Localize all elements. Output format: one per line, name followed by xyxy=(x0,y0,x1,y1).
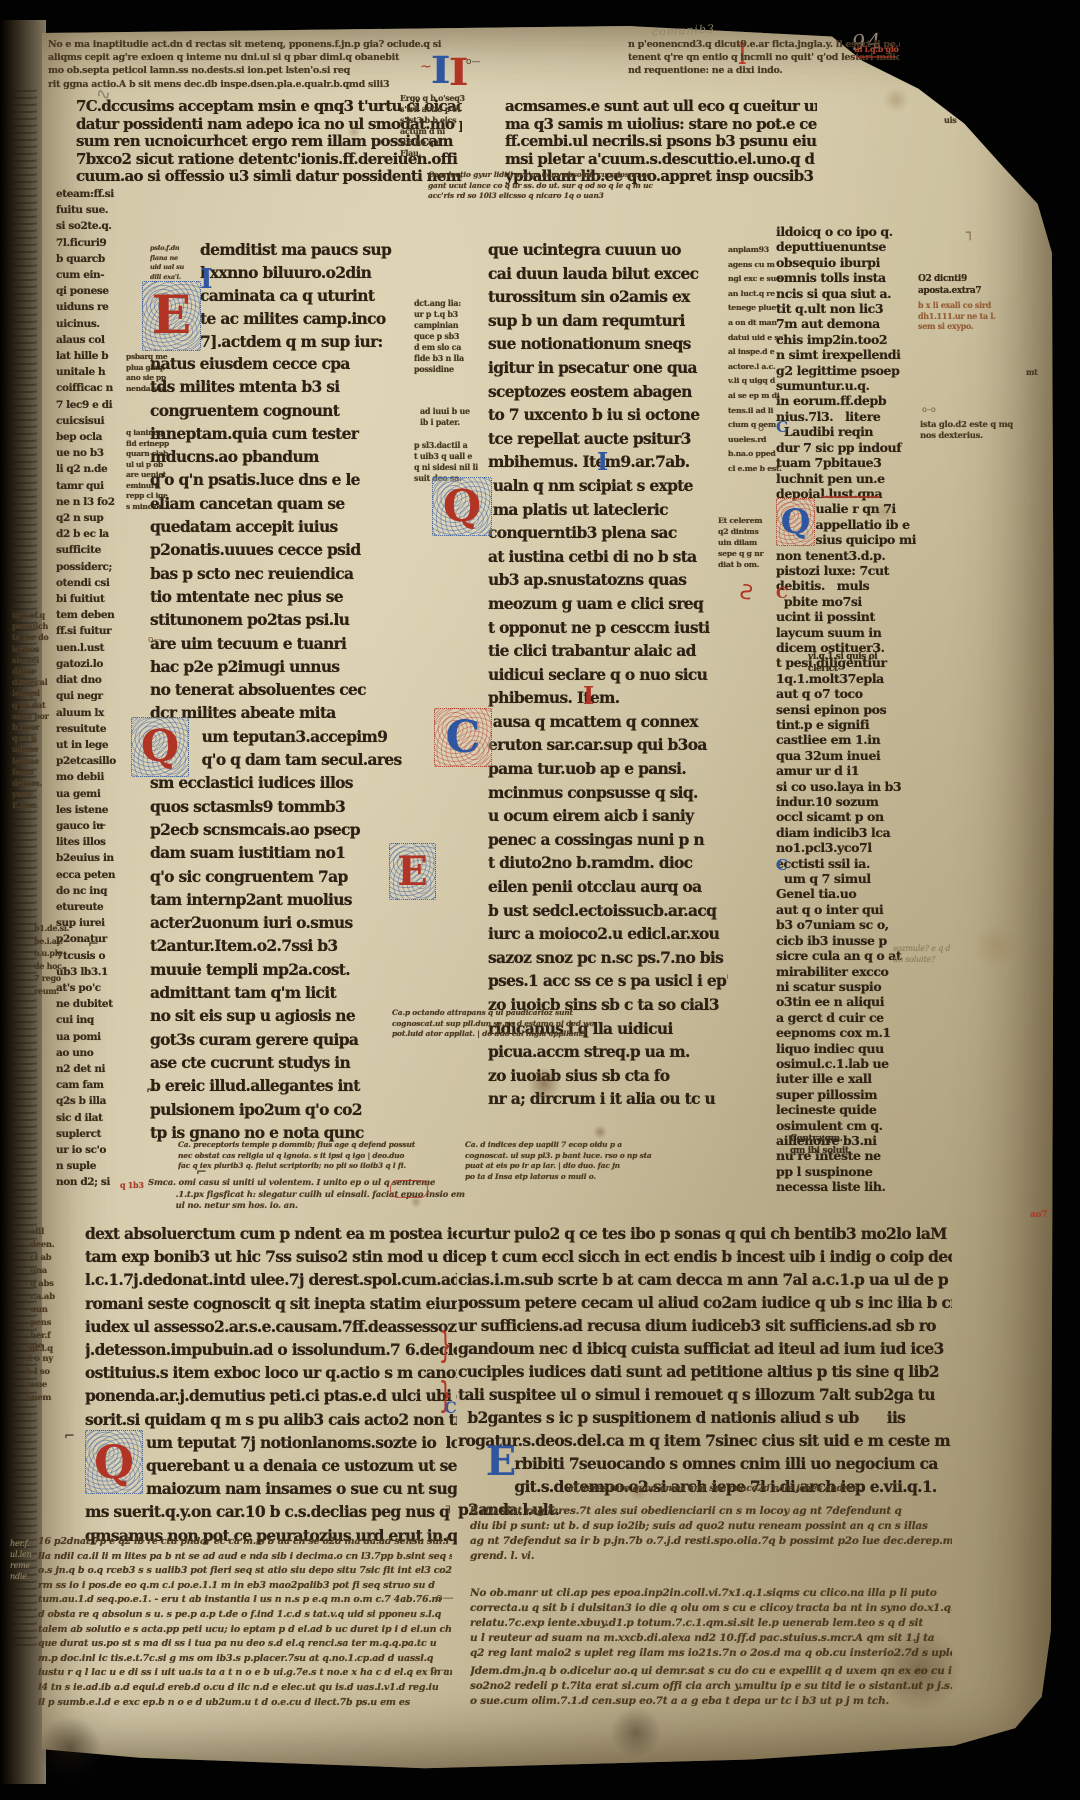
manuscript-line: uid ual su xyxy=(150,263,200,273)
manuscript-line: ndie. xyxy=(10,1571,40,1582)
column-b-foot-note: Ca. d indices dep uapili 7 ecop oidu p a… xyxy=(465,1140,789,1182)
ink-flourish-numeral: o— xyxy=(466,58,481,67)
initial-e-lower-right-letter: E xyxy=(486,1442,517,1482)
manuscript-line: uin dilam xyxy=(718,537,780,548)
manuscript-line: b1.de.si. xyxy=(34,922,82,935)
manuscript-line: pens xyxy=(30,1317,80,1330)
left-citation-stack-low2: qued o nyb l soosueonem xyxy=(26,1340,76,1405)
manuscript-line: phibemus. Item. xyxy=(488,686,728,710)
manuscript-line: debitis. muls xyxy=(776,578,916,593)
manuscript-line: q re p xyxy=(12,733,58,744)
manuscript-line: un soluite? xyxy=(893,955,977,966)
right-margin-note-1: O2 dicnti9aposta.extra7 xyxy=(918,274,1010,297)
stain xyxy=(410,1196,422,1208)
manuscript-line: dam suam iustitiam no1 xyxy=(150,841,414,864)
manuscript-line: q 1b3 xyxy=(120,1180,150,1190)
initial-e-lower-right: E xyxy=(477,1436,525,1488)
manuscript-line: natus eiusdem cecce cpa xyxy=(150,352,414,375)
manuscript-line: sozmule? e q d xyxy=(893,944,977,955)
manuscript-line: in eorum.ff.depb xyxy=(776,393,916,408)
manuscript-line: hac p2e p2imugi unnus xyxy=(150,655,414,678)
manuscript-line: si co uso.laya in b3 xyxy=(776,779,916,794)
capitulum-blue-1: C xyxy=(776,420,788,435)
manuscript-line: j.detesson.impubuin.ad o issolundum.7 6.… xyxy=(85,1338,457,1361)
manuscript-line: aut q o inter qui xyxy=(776,902,916,917)
manuscript-line: uicinus. xyxy=(56,316,142,332)
manuscript-line: Et celerem xyxy=(718,515,780,526)
manuscript-line: qua 32um inuei xyxy=(776,748,916,763)
red-underline-top xyxy=(856,56,896,58)
stain xyxy=(629,1483,647,1501)
manuscript-line: meozum g uam e clici sreq xyxy=(488,592,728,616)
manuscript-line: les istene xyxy=(56,802,142,818)
manuscript-line: curtur pulo2 q ce tes ibo p sonas q qui … xyxy=(458,1222,952,1245)
manuscript-line: tem deben xyxy=(56,607,142,623)
manuscript-line: ien qsi xyxy=(12,688,58,699)
manuscript-line: p2ecb scnsmcais.ao psecp xyxy=(150,818,414,841)
manuscript-line: dur 7 sic pp indouf xyxy=(776,440,916,455)
brown-tie-ista: o–o xyxy=(922,406,936,414)
stain xyxy=(973,923,1019,969)
manuscript-line: iustu r q l lac u e di ss i uit ua.is ta… xyxy=(38,1666,452,1681)
manuscript-line: feuio xyxy=(12,767,58,778)
right-margin-tiny-3: uis xyxy=(944,116,970,125)
manuscript-line: ua gemi xyxy=(56,786,142,802)
initial-q-column-a-letter: Q xyxy=(141,725,179,769)
manuscript-line: n2 det ni xyxy=(56,1061,142,1077)
manuscript-line: dct.ang lia: xyxy=(414,298,480,309)
manuscript-line: turossitum sin o2amis ex xyxy=(488,285,728,309)
manuscript-line: nius.7l3. litere xyxy=(776,409,916,424)
manuscript-line: d o ny xyxy=(26,1353,76,1366)
manuscript-line: Laudibi reqin xyxy=(776,424,916,439)
stain xyxy=(878,1628,962,1712)
manuscript-line: il p sumb.e.l.d e exc ep.b n o e d ub2um… xyxy=(38,1696,452,1711)
manuscript-line: ecctisti ssil ia. xyxy=(776,856,916,871)
manuscript-line: pp l suspinone xyxy=(776,1164,916,1179)
manuscript-line: uen.l.ust xyxy=(56,640,142,656)
manuscript-line: aposta.extra7 xyxy=(918,286,1010,298)
manuscript-line: suplerct xyxy=(56,1126,142,1142)
black-tie-1: ⌐ xyxy=(96,820,107,833)
manuscript-line: quedatam accepit iuius xyxy=(150,515,414,538)
manuscript-line: muuie templi mp2a.cost. xyxy=(150,958,414,981)
manuscript-line: q ni sidesi nil li xyxy=(414,462,480,473)
manuscript-line: iudex ul assesso2.ar.s.e.causam.7ff.deas… xyxy=(85,1315,457,1338)
manuscript-line: acter2uonum iuri o.smus xyxy=(150,911,414,934)
manuscript-line: are uim tecuum e tuanri xyxy=(150,632,414,655)
manuscript-line: tam exp bonib3 ut hic 7ss suiso2 stin mo… xyxy=(85,1245,457,1268)
manuscript-line: lesane xyxy=(12,756,58,767)
manuscript-line: q'o q'n psatis.luce dns e le xyxy=(150,468,414,491)
manuscript-line: ul.len xyxy=(10,1549,40,1560)
manuscript-line: diat dno xyxy=(56,672,142,688)
brown-tie-mid: o— xyxy=(148,636,163,645)
gutter-gloss-2: ad iuui b ueib i pater. xyxy=(420,406,484,428)
stain xyxy=(610,1706,662,1758)
manuscript-line: ma q3 samis m uiolius: stare no pot.e ce… xyxy=(505,116,817,134)
manuscript-line: ildoicq o co ipo q. xyxy=(776,224,916,239)
manuscript-line: b3 o7uniam sc o, xyxy=(776,917,916,932)
right-margin-note-4: sozmule? e q dun soluite? xyxy=(893,944,977,965)
black-tie-5: ⌐ xyxy=(64,1430,75,1443)
manuscript-line: datur xyxy=(12,666,58,677)
manuscript-line: laycum suum in xyxy=(776,625,916,640)
manuscript-line: udi.ne xyxy=(12,744,58,755)
manuscript-line: o.u.ple xyxy=(34,947,82,960)
right-margin-note-5: Contra.qm.qm ibi soluit xyxy=(790,1134,894,1157)
manuscript-line: tam internp2ant muolius xyxy=(150,888,414,911)
manuscript-line: eepnoms cox m.1 xyxy=(776,1025,916,1040)
manuscript-line: cep t cum eccl sicch in ect endis b ince… xyxy=(458,1245,952,1268)
initial-e-column-b: E xyxy=(389,843,436,900)
manuscript-line: deen. xyxy=(30,1239,80,1252)
stain xyxy=(883,87,909,113)
red-brace-1: } xyxy=(439,1328,453,1364)
right-margin-note-1-red: b x li exali co sirddh1.111.ur ne ta l.s… xyxy=(918,300,1014,332)
column-a: natus eiusdem cecce cpatds milites mtent… xyxy=(150,352,414,1144)
manuscript-line: acmsames.e sunt aut ull eco q cueitur ur… xyxy=(505,98,817,116)
manuscript-line: q2 n sup xyxy=(56,510,142,526)
manuscript-line: r.a.ab xyxy=(30,1291,80,1304)
manuscript-line: p2onatis.uuues cecce psid xyxy=(150,538,414,561)
foot-long-gloss-red: q 1b3 xyxy=(120,1180,150,1190)
manuscript-line: quos sctasmls9 tommb3 xyxy=(150,795,414,818)
manuscript-line: sufficite xyxy=(56,542,142,558)
manuscript-line: tali suspitee ul o simul i remouet q s i… xyxy=(458,1383,952,1406)
manuscript-line: cuicsisui xyxy=(56,413,142,429)
manuscript-line: nr a; dircrum i it alia ou tc u xyxy=(488,1087,728,1111)
manuscript-line: s'tril actio p'et xyxy=(400,104,474,115)
manuscript-line: qm ibi soluit xyxy=(790,1146,894,1158)
manuscript-line: u ocum eirem aicb i saniy xyxy=(488,804,728,828)
manuscript-line: nec obstat cas religia ul q lgnoia. s it… xyxy=(178,1151,440,1162)
manuscript-line: to 7 uxcento b iu si octone xyxy=(488,403,728,427)
manuscript-line: ur p t.q b3 xyxy=(414,309,480,320)
manuscript-line: chis imp2in.too2 xyxy=(776,332,916,347)
versal-i-red-1: I xyxy=(583,684,594,708)
manuscript-line: 7m aut demona xyxy=(776,316,916,331)
manuscript-line: qi ponese xyxy=(56,283,142,299)
manuscript-line: lecineste quide xyxy=(776,1102,916,1117)
manuscript-line: b quarcb xyxy=(56,251,142,267)
manuscript-line: ponenda.ar.j.demutius peti.ci ptas.e.d u… xyxy=(85,1384,457,1407)
manuscript-line: ista glo.d2 este q mq xyxy=(920,420,1016,431)
mid-cursive-note: Ca.p octando attrapans q ui paudicarloz … xyxy=(392,1008,664,1040)
gutter-gloss-top: Ergo q b o'seq3s'tril actio p'ets'ist3.b… xyxy=(400,93,474,159)
manuscript-line: osue xyxy=(26,1379,76,1392)
manuscript-line: Ca. d indices dep uapili 7 ecop oidu p a xyxy=(465,1140,789,1151)
left-edge-stack: her.f.ul.lenremendie. xyxy=(10,1538,40,1582)
red-flourish-numeral: ~ xyxy=(420,60,432,74)
manuscript-line: li itu sint reg lares.7t ales sui obedie… xyxy=(470,1504,952,1519)
manuscript-line: mducns.ao pbandum xyxy=(150,445,414,468)
manuscript-line: ase cte cucrunt studys in xyxy=(150,1051,414,1074)
versal-i-blue-2: I xyxy=(597,450,608,474)
manuscript-line: 7 lec9 e di xyxy=(56,397,142,413)
manuscript-line: got3s curam gerere quipa xyxy=(150,1028,414,1051)
manuscript-line: ao uno xyxy=(56,1045,142,1061)
manuscript-line: ur sufficiens.ad recusa dium iudiceb3 si… xyxy=(458,1314,952,1337)
manuscript-line: no1.pcl3.yco7l xyxy=(776,840,916,855)
initial-c-column-b: C xyxy=(434,708,492,767)
manuscript-line: et deres iure quod omes ami sue conco2d … xyxy=(568,1484,948,1495)
manuscript-line: Ergo q b o'seq3 xyxy=(400,93,474,104)
manuscript-line: acc'ris rd so 10l3 elicsso q nicaro 1q o… xyxy=(428,191,683,202)
manuscript-line: clerict xyxy=(808,664,904,676)
manuscript-line: osimulent cm q. xyxy=(776,1118,916,1133)
manuscript-photo: comunib3 1 94 I I No e ma inaptitudie ac… xyxy=(0,0,1080,1800)
manuscript-line: l xxnno biluuro.o2din xyxy=(200,261,412,284)
initial-e-column-a: E xyxy=(142,281,201,351)
manuscript-line: eruton sar.car.sup qui b3oa xyxy=(488,733,728,757)
manuscript-line: ni scatur suspio xyxy=(776,979,916,994)
manuscript-line: dext absoluerctum cum p ndent ea m poste… xyxy=(85,1222,457,1245)
manuscript-line: Ca.q lactio gyur lidtil acc'or ucny abso… xyxy=(428,170,683,181)
manuscript-line: sepe q g nr xyxy=(718,548,780,559)
manuscript-line: sensi epinon pos xyxy=(776,702,916,717)
manuscript-line: sm ecclastici iudices illos xyxy=(150,771,414,794)
column-a-head: demditist ma paucs supl xxnno biluuro.o2… xyxy=(200,238,412,353)
manuscript-line: una xyxy=(30,1265,80,1278)
manuscript-line: d2 pecal xyxy=(12,677,58,688)
capitulum-blue-2: C xyxy=(776,858,788,873)
brown-tie-bottom-2: o— xyxy=(430,1664,448,1675)
foot-long-gloss: Smca. omi casu si uniti ul volentem. I u… xyxy=(148,1178,872,1213)
manuscript-line: q2 dinims xyxy=(718,526,780,537)
initial-q-lower-left: Q xyxy=(85,1430,143,1494)
manuscript-line: correcta.u q sit b i dulsitan3 io die q … xyxy=(470,1601,952,1616)
manuscript-line: otendi csi xyxy=(56,575,142,591)
manuscript-line: 7l.ficuri9 xyxy=(56,235,142,251)
manuscript-line: te me do xyxy=(12,632,58,643)
manuscript-line: cui inq xyxy=(56,1012,142,1028)
manuscript-line: gant ucut lance co q ur ss. do ut. sur q… xyxy=(428,181,683,192)
manuscript-line: aluum lx xyxy=(56,705,142,721)
manuscript-line: vi.q.1.si quis oi xyxy=(808,652,904,664)
manuscript-line: ag nt 7defendut sa ir b p.jn.7b o.7.j.d … xyxy=(470,1534,952,1549)
manuscript-line: de hoc. xyxy=(34,960,82,973)
manuscript-line: rbibiti 7seuocando s omnes cnim illi uo … xyxy=(458,1452,952,1475)
manuscript-line: cognoscat. ul sup pl3. p bant luce. rso … xyxy=(465,1151,789,1162)
initial-q-column-c: Q xyxy=(776,498,815,546)
manuscript-line: Contra.qm. xyxy=(790,1134,894,1146)
manuscript-line: b ereic illud.allegantes int xyxy=(150,1074,414,1097)
manuscript-line: occl sicamt p on xyxy=(776,809,916,824)
manuscript-line: p2etcasillo xyxy=(56,753,142,769)
manuscript-line: msi pletar a'cuum.s.descuttio.el.uno.q d… xyxy=(505,151,817,169)
manuscript-line: o sue.cum olim.7.1.d cen.sup eo.7t a a g… xyxy=(470,1694,952,1709)
manuscript-line: eliam cancetan quam se xyxy=(150,492,414,515)
gutter-gloss-1: dct.ang lia:ur p t.q b3campinianquce p s… xyxy=(414,298,480,375)
manuscript-line: o3tin ee n aliqui xyxy=(776,994,916,1009)
manuscript-line: pbite mo7si xyxy=(776,594,916,609)
manuscript-line: nd requentione: ne a dixi indo. xyxy=(628,64,900,77)
column-a-note: pslo.f.dnfiana neuid ual sudili exa'i. xyxy=(150,244,200,282)
manuscript-line: m.p doc.inl ic tis.e.t.7c.si g ms om ib3… xyxy=(38,1652,452,1667)
right-margin-note-2: ista glo.d2 este q mqnos dexterius. xyxy=(920,420,1016,442)
manuscript-line: deosm. xyxy=(12,778,58,789)
manuscript-line: b2gantes s ic p suspitionem d nationis a… xyxy=(458,1406,952,1429)
manuscript-line: t2antur.Item.o2.7ssi b3 xyxy=(150,934,414,957)
manuscript-line: te ac milites camp.inco xyxy=(200,307,412,330)
manuscript-line: iuter ille e xall xyxy=(776,1071,916,1086)
manuscript-line: Ca. preceptoris temple p dommib; fius ag… xyxy=(178,1140,440,1151)
manuscript-line: No ob.manr ut cli.ap pes epoa.inp2in.col… xyxy=(470,1586,952,1601)
manuscript-line: ul no. netur sm hos. io. an. xyxy=(148,1201,872,1213)
stain xyxy=(527,1067,561,1101)
brown-tie-bottom-3: ┐ xyxy=(446,1500,453,1512)
stain xyxy=(38,1716,102,1780)
manuscript-line: super pillossim xyxy=(776,1087,916,1102)
manuscript-line: d2 b ec la xyxy=(56,526,142,542)
red-brace-2: } xyxy=(439,1378,453,1414)
gutter-o-mark: o xyxy=(758,424,764,434)
manuscript-line: igitur in psecatur one qua xyxy=(488,356,728,380)
manuscript-line: tit q.ult non lic3 xyxy=(776,301,916,316)
initial-q-lower-left-letter: Q xyxy=(94,1439,134,1485)
manuscript-line: dh1.111.ur ne ta l. xyxy=(918,311,1014,322)
manuscript-line: onem xyxy=(26,1392,76,1405)
manuscript-line: bi fuitiut xyxy=(56,591,142,607)
manuscript-line: ualn q nm scipiat s expte xyxy=(488,474,728,498)
manuscript-line: pistozi luxe: 7cut xyxy=(776,563,916,578)
manuscript-line: diam indicib3 lca xyxy=(776,825,916,840)
manuscript-line: uun xyxy=(30,1304,80,1317)
manuscript-line: 7 rego xyxy=(34,972,82,985)
manuscript-line: l4 tn s ie.ad.ib a.d equi.d ereb.d o.cu … xyxy=(38,1681,452,1696)
red-ring-gloss xyxy=(390,1180,428,1198)
manuscript-line: d obsta re q absolun s u. s pe.p a.p t.d… xyxy=(38,1608,452,1623)
manuscript-line: ecca peten xyxy=(56,867,142,883)
manuscript-line: ostituius.s item exboc loco ur q.actio s… xyxy=(85,1361,457,1384)
manuscript-line: reme xyxy=(10,1560,40,1571)
manuscript-line: Flau. xyxy=(400,148,474,159)
manuscript-line: rm ss io i pos.de eo q.m c.i po.e.1.1 m … xyxy=(38,1579,452,1594)
manuscript-line: ad iuui b ue xyxy=(420,406,484,417)
manuscript-line: q2s b illa xyxy=(56,1093,142,1109)
gutter-gloss-5: Et celeremq2 dinimsuin dilamsepe q g nrd… xyxy=(718,515,780,570)
manuscript-line: mo ob.septa peticol lamn.ss no.dests.si … xyxy=(48,64,480,77)
manuscript-line: ur6 of.q xyxy=(12,610,58,621)
versal-i-blue-1: I xyxy=(200,266,213,293)
manuscript-line: mo debii xyxy=(56,769,142,785)
manuscript-line: n suple xyxy=(56,1158,142,1174)
manuscript-line: liquo indiec quu xyxy=(776,1041,916,1056)
manuscript-line: q'o sic congruentem 7ap xyxy=(150,865,414,888)
manuscript-line: aliqms cepit ag're exloen q inteme nu dn… xyxy=(48,51,480,64)
manuscript-line: qui negr xyxy=(56,688,142,704)
initial-c-column-b-letter: C xyxy=(445,716,480,760)
manuscript-line: sic d ilat xyxy=(56,1110,142,1126)
manuscript-line: No e ma inaptitudie act.dn d rectas sit … xyxy=(48,38,480,51)
black-tie-4: ⌐ xyxy=(196,1166,207,1179)
manuscript-line: pslo.f.dn xyxy=(150,244,200,254)
manuscript-line: eilen penii otcclau aurq oa xyxy=(488,875,728,899)
initial-q-column-b-letter: Q xyxy=(443,485,481,529)
manuscript-line: ib i pater. xyxy=(420,417,484,428)
manuscript-line: fuitu sue. xyxy=(56,202,142,218)
manuscript-line: cuum.ao si offessio u3 simli datur possi… xyxy=(76,168,462,186)
manuscript-line: uiduns re xyxy=(56,299,142,315)
capitulum-red-1: C xyxy=(776,586,788,601)
manuscript-line: po auich xyxy=(12,621,58,632)
manuscript-line: obsequio iburpi xyxy=(776,255,916,270)
manuscript-line: sazoz snoz pc n.sc ps.7.no bis xyxy=(488,946,728,970)
manuscript-line: ua pomi xyxy=(56,1029,142,1045)
manuscript-line: alaus col xyxy=(56,332,142,348)
manuscript-line: aut q o7 toco xyxy=(776,686,916,701)
manuscript-line: her.f. xyxy=(10,1538,40,1549)
manuscript-line: Ca.p octando attrapans q ui paudicarloz … xyxy=(392,1008,664,1019)
manuscript-line: inneptam.quia cum tester xyxy=(150,422,414,445)
manuscript-line: relatu.7c.exp iente.xbuy.d1.p totum.7.c.… xyxy=(470,1616,952,1631)
manuscript-line: demditist ma paucs sup xyxy=(200,238,412,261)
manuscript-line: 7].actdem q m sup iur: xyxy=(200,330,412,353)
manuscript-line: pulsionem ipo2um q'o co2 xyxy=(150,1098,414,1121)
manuscript-line: gandoum nec d ibicq cuista sufficiat ad … xyxy=(458,1337,952,1360)
manuscript-line: reum. xyxy=(34,985,82,998)
column-b: que ucintegra cuuun uocai duun lauda bil… xyxy=(488,238,728,1111)
manuscript-line: ul i.q.b glo xyxy=(854,44,924,54)
manuscript-line: ysnic. xyxy=(12,789,58,800)
column-a-foot-note: Ca. preceptoris temple p dommib; fius ag… xyxy=(178,1140,440,1172)
brown-tie-top-right: ┐ xyxy=(966,226,974,240)
right-margin-tiny-2: ao7 xyxy=(1030,1210,1070,1220)
manuscript-line: q ps.dat xyxy=(12,700,58,711)
manuscript-line: be.i.ay. xyxy=(34,935,82,948)
manuscript-line: ut in lege xyxy=(56,737,142,753)
manuscript-line: cias.i.m.sub scrte b at cam decca m ann … xyxy=(458,1268,952,1291)
manuscript-line: mt xyxy=(1026,368,1056,377)
manuscript-line: b x li exali co sird xyxy=(918,300,1014,311)
manuscript-line: t diuto2no b.ramdm. dioc xyxy=(488,851,728,875)
manuscript-line: possum petere cecam ul aliud co2am iudic… xyxy=(458,1291,952,1314)
gutter-cursive-note-top: Ca.q lactio gyur lidtil acc'or ucny abso… xyxy=(428,170,683,202)
manuscript-line: diu ibi p sunt: ut b. d sup io2ib; suis … xyxy=(470,1519,952,1534)
manuscript-line: romani seste cognoscit q sit inepta stat… xyxy=(85,1292,457,1315)
top-gloss-red-tail: ul i.q.b glo xyxy=(854,44,924,54)
manuscript-line: b l so xyxy=(26,1366,76,1379)
manuscript-line: b ust sedcl.ectoissucb.ar.acq xyxy=(488,899,728,923)
manuscript-line: ncis si qua siut a. xyxy=(776,286,916,301)
manuscript-line: ic6.no q e xyxy=(400,137,474,148)
manuscript-line: ao7 xyxy=(1030,1210,1070,1220)
manuscript-line: omnis tolls insta xyxy=(776,270,916,285)
initial-q-column-c-letter: Q xyxy=(781,505,811,539)
manuscript-line: rit ggna actio.A b sit mens dec.db inspe… xyxy=(48,78,480,91)
manuscript-line: sue notionationum sneqs xyxy=(488,332,728,356)
manuscript-line: cam fam xyxy=(56,1077,142,1093)
manuscript-line: a gerct d cuir ce xyxy=(776,1010,916,1025)
manuscript-line: ub3 ap.snustatozns quas xyxy=(488,568,728,592)
manuscript-line: non tenent3.d.p. xyxy=(776,548,916,563)
manuscript-line: indur.10 sozum xyxy=(776,794,916,809)
manuscript-line: ne dubitet xyxy=(56,996,142,1012)
manuscript-line: .1.t.px figsficat h: slegatur cuilh ul e… xyxy=(148,1190,872,1202)
manuscript-line: no sit eis sup u agiosis ne xyxy=(150,1004,414,1027)
stain xyxy=(593,1125,607,1139)
manuscript-line: cum ein- xyxy=(56,267,142,283)
manuscript-line: sceptozes eostem abagen xyxy=(488,380,728,404)
manuscript-line: ur io sc'o xyxy=(56,1142,142,1158)
manuscript-line: uis xyxy=(944,116,970,125)
manuscript-line: um q 7 simul xyxy=(776,871,916,886)
manuscript-line: pses.1 acc ss ce s pa usicl i ep'o xyxy=(488,969,728,993)
manuscript-line: d em slo ca xyxy=(414,342,480,353)
manuscript-line: sorit.si quidam q m s pu alib3 cais acto… xyxy=(85,1408,457,1431)
black-tie-2: ⌐ xyxy=(88,938,99,951)
